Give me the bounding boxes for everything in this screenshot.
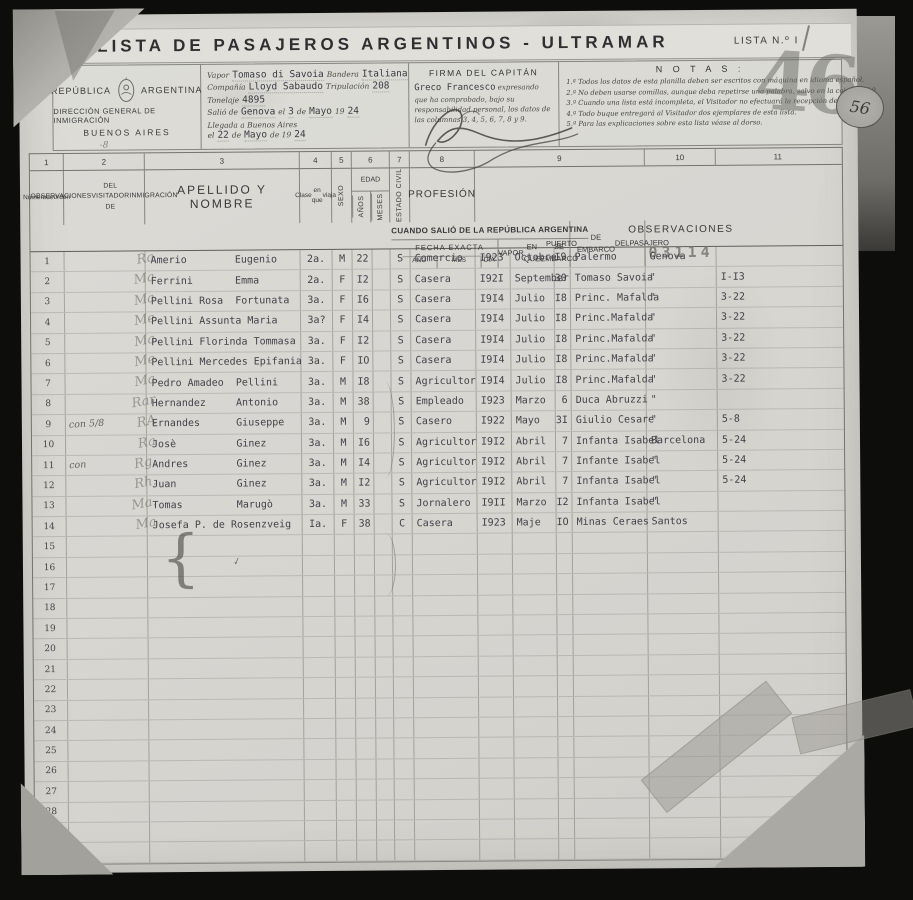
cell-anios: 9 [354, 413, 374, 433]
cell-obs [68, 680, 149, 700]
cell-meses [375, 616, 393, 636]
cell-meses [376, 759, 394, 779]
handwritten-observation: con [66, 459, 87, 471]
cell-obs: Ra [66, 435, 147, 455]
cell-nota [719, 552, 843, 572]
header-line: OBSERVACIONES [30, 192, 91, 203]
captain-signature [395, 88, 586, 177]
cell-profesion [414, 697, 479, 717]
header-line: en que [312, 186, 323, 206]
cell-meses [377, 820, 395, 840]
cell-sexo: M [334, 474, 354, 494]
cell-mes [514, 636, 558, 656]
cell-name: Juan Ginez [147, 474, 302, 495]
cell-nota [719, 511, 843, 531]
cell-profesion: Agricultor [411, 371, 476, 391]
cell-anios [357, 820, 377, 840]
cell-estado [394, 657, 414, 677]
cell-n: 27 [35, 782, 69, 802]
cell-nota [720, 633, 844, 653]
cell-estado: S [391, 290, 411, 310]
cell-mes: Octobre [510, 248, 554, 268]
cell-clase [305, 760, 337, 780]
cell-clase [305, 841, 337, 861]
cell-n: 5 [31, 334, 65, 354]
cell-puerto [650, 838, 721, 858]
cell-vapor [575, 839, 650, 859]
cell-anios: 38 [355, 515, 375, 535]
cell-clase [303, 617, 335, 637]
cell-meses [376, 657, 394, 677]
cell-vapor [573, 574, 648, 594]
cell-obs [69, 822, 150, 842]
cell-obs: Me [65, 353, 146, 373]
cell-n: 21 [34, 660, 68, 680]
cell-clase: 2a. [300, 250, 332, 270]
cell-profesion [413, 555, 478, 575]
cell-puerto [649, 655, 720, 675]
cell-anios: 38 [354, 392, 374, 412]
cell-n: 13 [32, 497, 66, 517]
cell-profesion [415, 820, 480, 840]
cell-puerto: " [646, 328, 717, 348]
cell-puerto [648, 593, 719, 613]
cell-meses [373, 270, 391, 290]
cell-sexo: F [333, 352, 353, 372]
cell-obs [68, 700, 149, 720]
cell-anios [356, 678, 376, 698]
cell-anio: I92I [476, 269, 511, 289]
cell-profesion: Jornalero [412, 493, 477, 513]
header-meses-label: MESES [371, 193, 389, 220]
cell-clase [303, 596, 335, 616]
issuer-box: REPÚBLICA ARGENTINA DIRECCIÓN GENERAL DE… [53, 65, 202, 150]
cell-obs: Ma. [66, 496, 147, 516]
header-edad-subcols: AÑOS MESES [352, 191, 389, 222]
page-title: LISTA DE PASAJEROS ARGENTINOS - ULTRAMAR [25, 31, 741, 57]
column-number: 10 [645, 149, 716, 166]
cell-nota: 5-24 [718, 470, 842, 490]
cell-vapor: Infanta Isabel [572, 492, 647, 512]
cell-profesion [414, 738, 479, 758]
cell-puerto [649, 675, 720, 695]
salio-anio-value: 24 [348, 107, 360, 118]
cell-obs [69, 802, 150, 822]
cell-mes: Mayo [512, 411, 556, 431]
cell-n: 15 [33, 537, 67, 557]
cell-name: Ferrini Emma [146, 270, 301, 291]
cell-name [150, 821, 305, 842]
cell-obs [67, 598, 148, 618]
cell-dia: IO [557, 513, 573, 533]
cell-anios: 22 [352, 250, 372, 270]
cell-estado: S [390, 249, 410, 269]
cell-anio [480, 799, 515, 819]
cell-obs: Ma [65, 374, 146, 394]
cell-obs [67, 618, 148, 638]
cell-anio: I9I4 [476, 350, 511, 370]
cell-mes: Julio [511, 309, 555, 329]
cell-anio: I923 [478, 514, 513, 534]
cell-nota [720, 654, 844, 674]
cell-mes: Julio [511, 289, 555, 309]
cell-estado [394, 759, 414, 779]
cell-anio [478, 534, 513, 554]
cell-mes: Julio [511, 330, 555, 350]
cell-name [150, 801, 305, 822]
cell-estado [394, 698, 414, 718]
cell-nota [716, 246, 840, 266]
cell-vapor [574, 655, 649, 675]
cell-n: 11 [32, 456, 66, 476]
cell-meses [376, 637, 394, 657]
cell-puerto: " [646, 369, 717, 389]
cell-nota: 3-22 [717, 348, 841, 368]
bandera-label: Bandera [327, 69, 359, 78]
cell-mes [513, 615, 557, 635]
cell-anios [355, 555, 375, 575]
cell-anios [356, 657, 376, 677]
cell-sexo [335, 535, 355, 555]
cell-dia: 7 [556, 431, 572, 451]
cell-mes [514, 737, 558, 757]
cell-anio: I923 [475, 248, 510, 268]
cell-vapor: Duca Abruzzi [572, 390, 647, 410]
cell-vapor [575, 798, 650, 818]
cell-n: 6 [31, 354, 65, 374]
title-band: LISTA DE PASAJEROS ARGENTINOS - ULTRAMAR… [25, 23, 851, 64]
cell-clase: 3a? [301, 311, 333, 331]
cell-sexo [336, 759, 356, 779]
cell-estado: S [391, 310, 411, 330]
cell-puerto: " [647, 390, 718, 410]
header-apellido-nombre: APELLIDO Y NOMBRE [145, 169, 300, 224]
cell-estado [394, 739, 414, 759]
cell-obs [68, 720, 149, 740]
cell-anios [355, 535, 375, 555]
cell-anio [479, 738, 514, 758]
cell-vapor: Giulio Cesare [572, 411, 647, 431]
cell-name [149, 699, 304, 720]
cell-vapor [573, 614, 648, 634]
cell-puerto: " [647, 451, 718, 471]
cell-anios [357, 841, 377, 861]
cell-mes [513, 554, 557, 574]
cell-profesion: Casera [411, 351, 476, 371]
cell-vapor: Tomaso Savoia [571, 268, 646, 288]
cell-clase [304, 719, 336, 739]
vapor-label: Vapor [207, 70, 229, 79]
cell-anios [356, 719, 376, 739]
issuer-country-right: ARGENTINA [141, 85, 203, 95]
cell-obs [68, 639, 149, 659]
cell-nota [718, 389, 842, 409]
cell-name [149, 719, 304, 740]
cell-nota: 5-8 [718, 409, 842, 429]
cell-anio [480, 840, 515, 860]
form-header: REPÚBLICA ARGENTINA DIRECCIÓN GENERAL DE… [52, 59, 843, 151]
cell-anios [356, 739, 376, 759]
cell-nota [719, 531, 843, 551]
cell-sexo: M [333, 372, 353, 392]
cell-puerto: Barcelona [647, 430, 718, 450]
cell-sexo [336, 678, 356, 698]
cell-dia [558, 717, 574, 737]
cell-obs: con 5/8RA [66, 414, 147, 434]
cell-name [149, 638, 304, 659]
cell-profesion [413, 575, 478, 595]
cell-anios: I4 [353, 311, 373, 331]
cell-obs: Rh. [66, 476, 147, 496]
cell-n: 16 [33, 558, 67, 578]
cell-dia [557, 533, 573, 553]
cell-estado [395, 779, 415, 799]
el-label: el [278, 107, 285, 116]
cell-profesion: Agricultor [412, 473, 477, 493]
cell-sexo [335, 576, 355, 596]
cell-estado [393, 535, 413, 555]
cell-sexo: M [334, 392, 354, 412]
cell-puerto [648, 573, 719, 593]
cell-sexo [337, 841, 357, 861]
cell-clase [304, 678, 336, 698]
cell-n: 2 [31, 272, 65, 292]
cell-profesion: Casera [411, 269, 476, 289]
cell-puerto: " [647, 492, 718, 512]
header-sexo-label: SEXO [338, 185, 345, 207]
cell-mes [514, 697, 558, 717]
cell-profesion [413, 534, 478, 554]
cell-dia: I8 [555, 350, 571, 370]
cell-puerto: " [647, 471, 718, 491]
voyage-arrival-line: el 22 de Mayo de 19 24 [208, 129, 403, 142]
cell-anio [478, 615, 513, 635]
cell-meses [376, 718, 394, 738]
cell-mes [514, 656, 558, 676]
salio-mes-value: Mayo [309, 107, 332, 118]
cell-anio: I9I2 [477, 452, 512, 472]
column-number: 11 [716, 148, 840, 165]
cell-dia: 7 [556, 472, 572, 492]
cell-clase [304, 739, 336, 759]
cell-anios [357, 800, 377, 820]
cell-anio [478, 595, 513, 615]
cell-dia [558, 656, 574, 676]
cell-obs: Me [65, 312, 146, 332]
cell-anios [355, 617, 375, 637]
cell-sexo [336, 637, 356, 657]
cell-nota: I-I3 [717, 266, 841, 286]
cell-profesion [413, 595, 478, 615]
cell-n: 17 [33, 578, 67, 598]
cell-n: 20 [34, 639, 68, 659]
cell-puerto: " [646, 267, 717, 287]
cell-dia: I8 [555, 370, 571, 390]
header-anios-label: AÑOS [352, 196, 370, 218]
column-number: 1 [30, 154, 64, 170]
cell-mes: Julio [511, 370, 555, 390]
cell-vapor [573, 553, 648, 573]
tonelaje-value: 4895 [242, 95, 265, 106]
cell-sexo: M [334, 413, 354, 433]
table-header: Númerodeorden OBSERVACIONESDEL VISITADOR… [30, 165, 843, 252]
salio-dia-value: 3 [288, 107, 294, 118]
cell-n: 9 [32, 415, 66, 435]
cell-clase: 3a. [301, 352, 333, 372]
cell-n: 19 [33, 619, 67, 639]
cell-name [150, 841, 305, 862]
cell-meses [374, 494, 392, 514]
cell-meses [377, 780, 395, 800]
cell-puerto [648, 614, 719, 634]
cell-obs [67, 557, 148, 577]
column-number: 2 [64, 153, 145, 170]
anio19-label: 19 [335, 107, 345, 116]
cell-profesion: Agricultor [412, 432, 477, 452]
cell-name: Pellini Rosa Fortunata [146, 291, 301, 312]
cell-vapor [573, 594, 648, 614]
llegada-de19-label: de 19 [270, 130, 291, 139]
cell-sexo [336, 657, 356, 677]
cell-anio: I9I4 [476, 371, 511, 391]
cell-estado: S [392, 433, 412, 453]
compania-label: Compañía [207, 83, 245, 92]
cell-clase: 2a. [301, 270, 333, 290]
cell-anios [355, 596, 375, 616]
cell-dia: I8 [555, 330, 571, 350]
cell-profesion [414, 636, 479, 656]
cell-name [148, 597, 303, 618]
cell-anio: I922 [477, 412, 512, 432]
cell-sexo [336, 698, 356, 718]
cell-mes [515, 799, 559, 819]
cell-sexo [337, 800, 357, 820]
cell-anios: IO [353, 351, 373, 371]
header-line: Clase [295, 191, 312, 201]
cell-n: 3 [31, 293, 65, 313]
cell-meses [375, 514, 393, 534]
column-number: 3 [145, 152, 300, 169]
cell-profesion [415, 799, 480, 819]
cell-estado [394, 677, 414, 697]
cell-dia [559, 839, 575, 859]
cell-estado [393, 596, 413, 616]
cell-meses [376, 698, 394, 718]
cell-n: 14 [33, 517, 67, 537]
cell-sexo: M [334, 494, 354, 514]
cell-estado: S [391, 331, 411, 351]
cell-clase [303, 535, 335, 555]
cell-anio: I9I2 [477, 432, 512, 452]
cell-dia [559, 778, 575, 798]
cell-sexo: F [333, 270, 353, 290]
cell-clase [305, 821, 337, 841]
llegada-dia-value: 22 [217, 131, 229, 142]
tonelaje-label: Tonelaje [207, 95, 239, 104]
cell-vapor: Princ.Mafalda [571, 370, 646, 390]
cell-dia: I8 [555, 289, 571, 309]
cell-sexo: F [333, 331, 353, 351]
cell-n: 23 [34, 701, 68, 721]
cell-puerto: Genova [645, 247, 716, 267]
cell-n: 8 [32, 395, 66, 415]
cell-meses [377, 841, 395, 861]
cell-estado: C [393, 514, 413, 534]
cell-profesion: Casero [412, 412, 477, 432]
cell-obs: Ma [65, 333, 146, 353]
cell-anio [479, 697, 514, 717]
bandera-value: Italiana [362, 69, 408, 80]
cell-clase: 3a. [302, 433, 334, 453]
cell-mes: Julio [511, 350, 555, 370]
cell-estado [395, 841, 415, 861]
cell-sexo: F [333, 290, 353, 310]
cell-sexo [336, 739, 356, 759]
cell-profesion [414, 677, 479, 697]
cell-estado: S [392, 474, 412, 494]
handwritten-observation: con 5/8 [66, 418, 105, 431]
cell-anio [479, 636, 514, 656]
cell-dia: 7 [556, 452, 572, 472]
cell-profesion: Empleado [412, 391, 477, 411]
cell-vapor [574, 757, 649, 777]
cell-clase: 3a. [302, 454, 334, 474]
cell-puerto [650, 818, 721, 838]
cell-dia [559, 799, 575, 819]
cell-puerto [648, 532, 719, 552]
table-body: { ✓ 1RaAmerio Eugenio2a.M22SComercioI923… [31, 246, 848, 864]
captain-box: FIRMA DEL CAPITÁN Greco Francesco expres… [409, 62, 560, 147]
cell-n: 1 [31, 252, 65, 272]
cell-anios: I2 [353, 331, 373, 351]
cell-nota [719, 572, 843, 592]
cell-puerto: " [646, 349, 717, 369]
cell-clase: Ia. [303, 515, 335, 535]
cell-name [148, 617, 303, 638]
issuer-country: REPÚBLICA ARGENTINA [51, 77, 203, 104]
cell-name [149, 739, 304, 760]
cell-anio [479, 758, 514, 778]
cell-puerto [649, 634, 720, 654]
cell-anio [479, 656, 514, 676]
cell-mes [514, 758, 558, 778]
cell-anio [479, 677, 514, 697]
cell-estado: S [391, 351, 411, 371]
cell-mes [515, 778, 559, 798]
cell-dia [559, 819, 575, 839]
column-number: 5 [332, 152, 352, 168]
llegada-el-label: el [208, 131, 215, 140]
header-observaciones-label: OBSERVACIONES [628, 224, 733, 236]
pencil-brace-ginez-family: { [161, 527, 201, 589]
salio-label: Salió de [207, 108, 238, 117]
cell-clase [303, 556, 335, 576]
cell-anio: I9I4 [476, 330, 511, 350]
cell-vapor: Infanta Isabel [572, 472, 647, 492]
cell-obs: conRg. [66, 455, 147, 475]
cell-vapor: Princ.Mafalda [571, 349, 646, 369]
cell-estado [394, 718, 414, 738]
cell-nota [719, 613, 843, 633]
cell-mes: Maje [513, 513, 557, 533]
captain-heading: FIRMA DEL CAPITÁN [414, 67, 553, 78]
cell-clase: 3a. [301, 291, 333, 311]
cell-meses [372, 249, 390, 269]
cell-mes: Marzo [512, 391, 556, 411]
cell-clase: 3a. [301, 372, 333, 392]
cell-n: 18 [33, 599, 67, 619]
cell-mes [514, 717, 558, 737]
